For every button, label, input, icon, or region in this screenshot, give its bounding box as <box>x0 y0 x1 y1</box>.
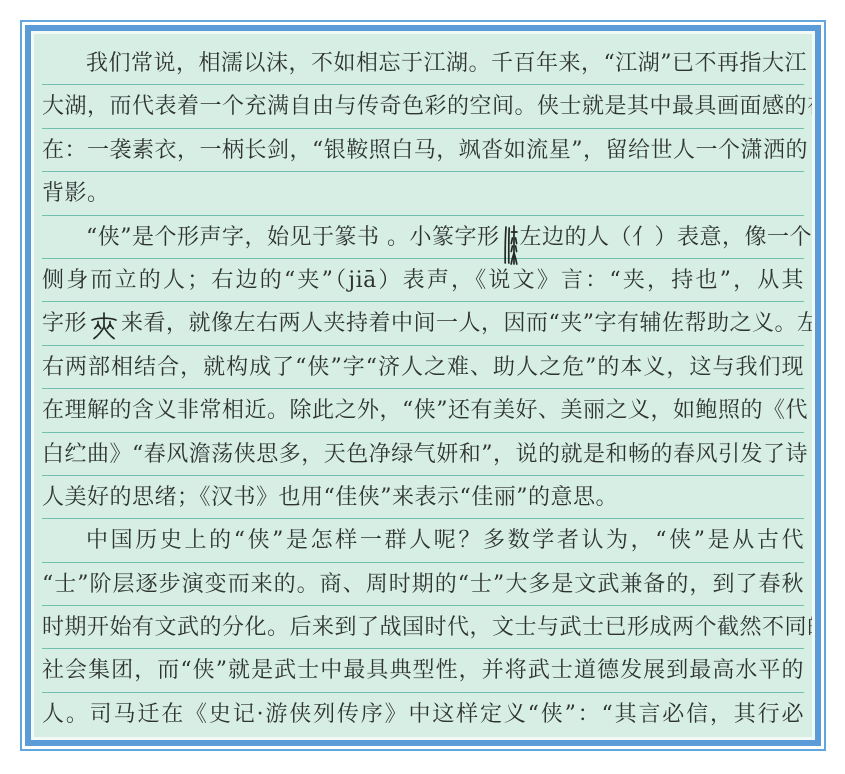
text-line: 右两部相结合，就构成了“侠”字“济人之难、助人之危”的本义，这与我们现 <box>42 346 804 389</box>
document-content: 我们常说，相濡以沫，不如相忘于江湖。千百年来，“江湖”已不再指大江 大湖，而代表… <box>34 34 812 737</box>
text-line: 我们常说，相濡以沫，不如相忘于江湖。千百年来，“江湖”已不再指大江 <box>42 42 804 85</box>
paragraph-jianghu: 我们常说，相濡以沫，不如相忘于江湖。千百年来，“江湖”已不再指大江 大湖，而代表… <box>42 42 804 216</box>
paragraph-etymology: “侠”是个形声字，始见于篆书 。小篆字形 左 <box>42 216 804 520</box>
text-line: 白纻曲》“春风澹荡侠思多，天色净绿气妍和”，说的就是和畅的春风引发了诗 <box>42 433 804 476</box>
text-line: “侠”是个形声字，始见于篆书 。小篆字形 左 <box>42 216 804 259</box>
text-line: 侧身而立的人；右边的“夹”（jiā）表声，《说文》言：“夹，持也”，从其 <box>42 259 804 302</box>
seal-script-jia-image <box>90 311 118 340</box>
text-line: 人美好的思绪；《汉书》也用“佳侠”来表示“佳丽”的意思。 <box>42 476 804 519</box>
text-segment: 字形 <box>42 311 87 336</box>
text-line: 人。司马迁在《史记·游侠列传序》中这样定义“侠”：“其言必信，其行必 <box>42 693 804 736</box>
text-line: 中国历史上的“侠”是怎样一群人呢？多数学者认为，“侠”是从古代 <box>42 519 804 562</box>
text-line: 在理解的含义非常相近。除此之外，“侠”还有美好、美丽之义，如鲍照的《代 <box>42 389 804 432</box>
text-segment: 左边的人（亻）表意，像一个 <box>520 225 813 250</box>
text-line: 时期开始有文武的分化。后来到了战国时代，文士与武士已形成两个截然不同的 <box>42 606 804 649</box>
text-segment: 来看，就像左右两人夹持着中间一人，因而“夹”字有辅佐帮助之义。左 <box>121 311 812 336</box>
document-frame: 我们常说，相濡以沫，不如相忘于江湖。千百年来，“江湖”已不再指大江 大湖，而代表… <box>20 20 826 751</box>
text-line: 背影。 <box>42 172 804 215</box>
text-line: 大湖，而代表着一个充满自由与传奇色彩的空间。侠士就是其中最具画面感的存 <box>42 85 804 128</box>
page: 我们常说，相濡以沫，不如相忘于江湖。千百年来，“江湖”已不再指大江 大湖，而代表… <box>0 0 845 774</box>
text-line: 在：一袭素衣，一柄长剑，“银鞍照白马，飒沓如流星”，留给世人一个潇洒的 <box>42 129 804 172</box>
text-line: 字形 <box>42 302 804 345</box>
document-frame-inner: 我们常说，相濡以沫，不如相忘于江湖。千百年来，“江湖”已不再指大江 大湖，而代表… <box>25 25 821 746</box>
text-segment: “侠”是个形声字，始见于篆书 。小篆字形 <box>86 225 500 250</box>
text-line: “士”阶层逐步演变而来的。商、周时期的“士”大多是文武兼备的，到了春秋 <box>42 563 804 606</box>
paragraph-history: 中国历史上的“侠”是怎样一群人呢？多数学者认为，“侠”是从古代 “士”阶层逐步演… <box>42 519 804 736</box>
text-line: 社会集团，而“侠”就是武士中最具典型性，并将武士道德发展到最高水平的 <box>42 649 804 692</box>
